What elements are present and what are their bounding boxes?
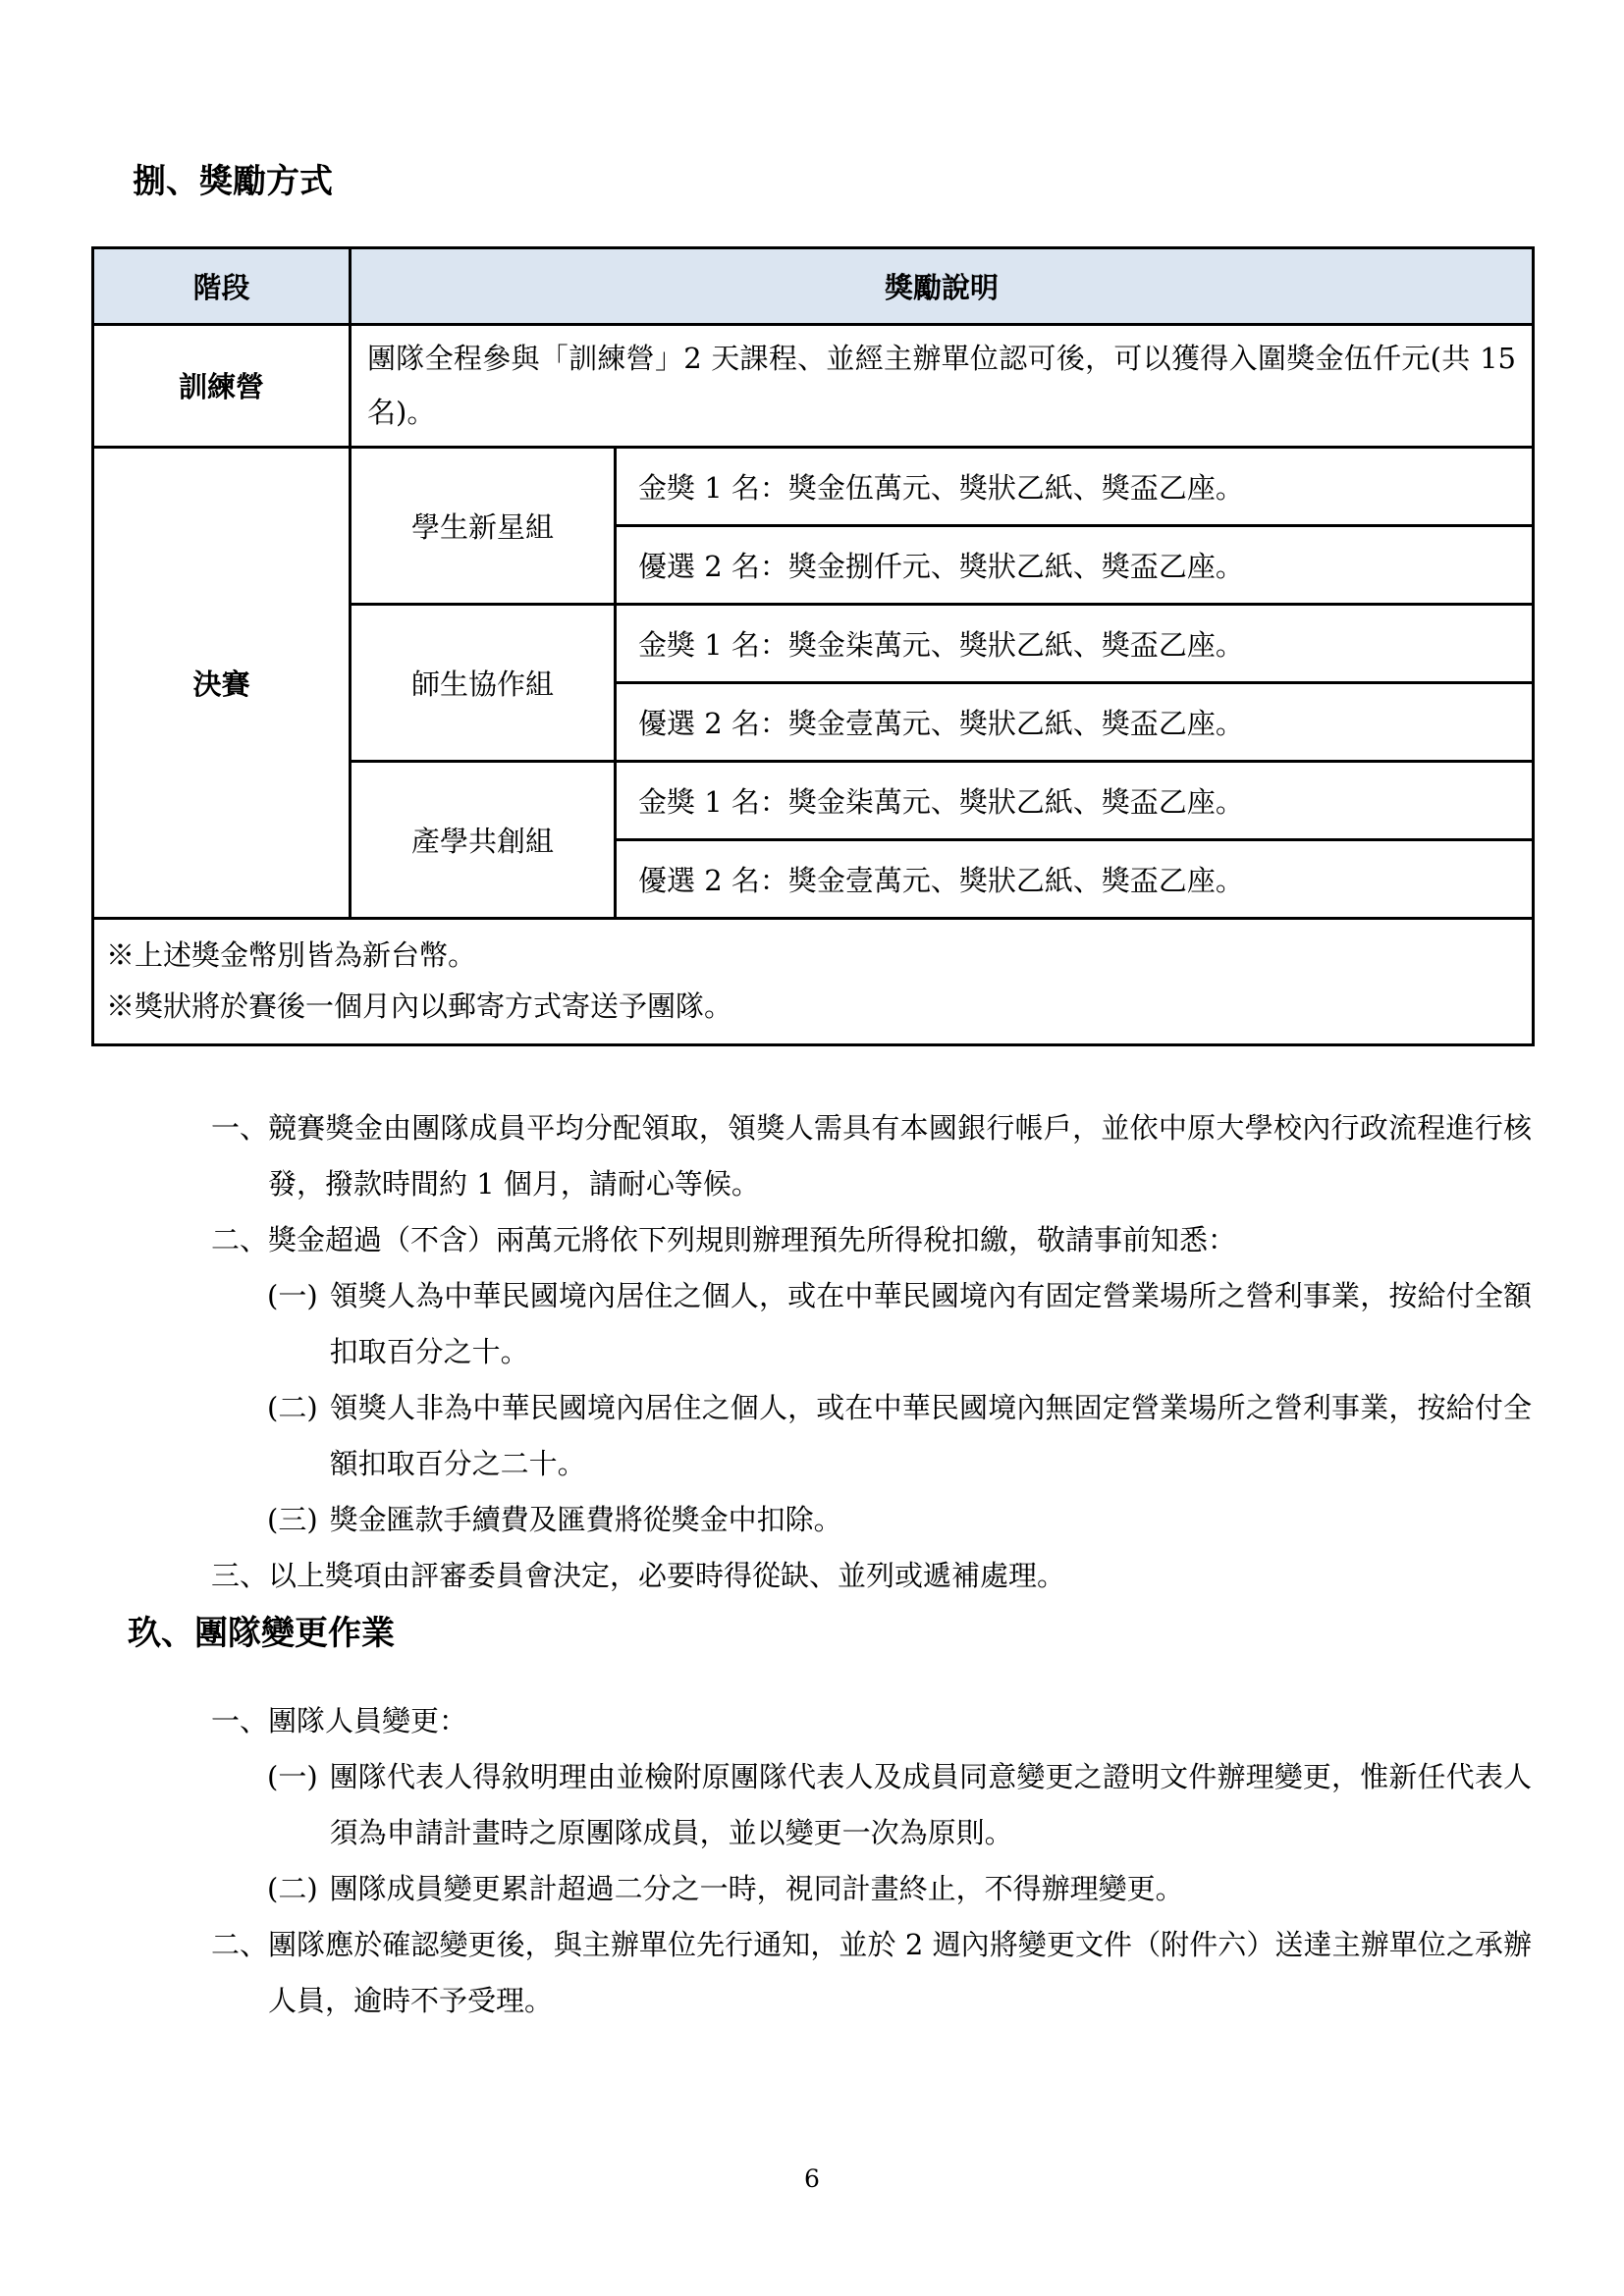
list-item-text: 領獎人非為中華民國境內居住之個人，或在中華民國境內無固定營業場所之營利事業，按給… — [330, 1380, 1532, 1492]
list-item: (一) 領獎人為中華民國境內居住之個人，或在中華民國境內有固定營業場所之營利事業… — [91, 1268, 1532, 1380]
col-header-description: 獎勵說明 — [351, 247, 1534, 324]
section-8-rules-list: 一、 競賽獎金由團隊成員平均分配領取，領獎人需具有本國銀行帳戶，並依中原大學校內… — [91, 1100, 1532, 1604]
list-item-text: 團隊人員變更： — [268, 1693, 1532, 1749]
table-notes-cell: ※上述獎金幣別皆為新台幣。 ※獎狀將於賽後一個月內以郵寄方式寄送予團隊。 — [93, 918, 1534, 1044]
list-item: 一、 競賽獎金由團隊成員平均分配領取，領獎人需具有本國銀行帳戶，並依中原大學校內… — [91, 1100, 1532, 1212]
award-gold-industry: 金獎 1 名：獎金柒萬元、獎狀乙紙、獎盃乙座。 — [616, 761, 1534, 839]
list-item: (二) 團隊成員變更累計超過二分之一時，視同計畫終止，不得辦理變更。 — [91, 1861, 1532, 1917]
training-camp-description: 團隊全程參與「訓練營」2 天課程、並經主辦單位認可後，可以獲得入圍獎金伍仟元(共… — [351, 324, 1534, 447]
list-item-text: 競賽獎金由團隊成員平均分配領取，領獎人需具有本國銀行帳戶，並依中原大學校內行政流… — [268, 1100, 1532, 1212]
list-item: 二、 獎金超過（不含）兩萬元將依下列規則辦理預先所得稅扣繳，敬請事前知悉： — [91, 1212, 1532, 1268]
list-item: (三) 獎金匯款手續費及匯費將從獎金中扣除。 — [91, 1492, 1532, 1548]
list-item-text: 獎金超過（不含）兩萬元將依下列規則辦理預先所得稅扣繳，敬請事前知悉： — [268, 1212, 1532, 1268]
list-marker: 二、 — [211, 1212, 268, 1268]
list-item-text: 領獎人為中華民國境內居住之個人，或在中華民國境內有固定營業場所之營利事業，按給付… — [330, 1268, 1532, 1380]
list-item: 一、 團隊人員變更： — [91, 1693, 1532, 1749]
table-header-row: 階段 獎勵說明 — [93, 247, 1534, 324]
table-row-training-camp: 訓練營 團隊全程參與「訓練營」2 天課程、並經主辦單位認可後，可以獲得入圍獎金伍… — [93, 324, 1534, 447]
list-marker: (一) — [267, 1749, 318, 1861]
table-row-award: 決賽 學生新星組 金獎 1 名：獎金伍萬元、獎狀乙紙、獎盃乙座。 — [93, 447, 1534, 525]
section-9-title: 玖、團隊變更作業 — [128, 1614, 1624, 1654]
list-item: 三、 以上獎項由評審委員會決定，必要時得從缺、並列或遞補處理。 — [91, 1548, 1532, 1604]
list-item-text: 團隊代表人得敘明理由並檢附原團隊代表人及成員同意變更之證明文件辦理變更，惟新任代… — [330, 1749, 1532, 1861]
group-teacher-student: 師生協作組 — [351, 604, 616, 761]
list-item: (二) 領獎人非為中華民國境內居住之個人，或在中華民國境內無固定營業場所之營利事… — [91, 1380, 1532, 1492]
list-marker: 三、 — [211, 1548, 268, 1604]
list-marker: 一、 — [211, 1100, 268, 1212]
table-notes-row: ※上述獎金幣別皆為新台幣。 ※獎狀將於賽後一個月內以郵寄方式寄送予團隊。 — [93, 918, 1534, 1044]
award-gold-teacher-student: 金獎 1 名：獎金柒萬元、獎狀乙紙、獎盃乙座。 — [616, 604, 1534, 682]
list-marker: 二、 — [211, 1917, 268, 2029]
award-table: 階段 獎勵說明 訓練營 團隊全程參與「訓練營」2 天課程、並經主辦單位認可後，可… — [91, 246, 1535, 1046]
list-marker: (三) — [267, 1492, 318, 1548]
list-marker: (二) — [267, 1380, 318, 1492]
list-item-text: 獎金匯款手續費及匯費將從獎金中扣除。 — [330, 1492, 1532, 1548]
col-header-stage: 階段 — [93, 247, 351, 324]
page-number: 6 — [0, 2164, 1624, 2193]
note-currency: ※上述獎金幣別皆為新台幣。 — [106, 930, 1522, 981]
list-item-text: 團隊應於確認變更後，與主辦單位先行通知，並於 2 週內將變更文件（附件六）送達主… — [268, 1917, 1532, 2029]
document-page: 捌、獎勵方式 階段 獎勵說明 訓練營 團隊全程參與「訓練營」2 天課程、並經主辦… — [0, 0, 1624, 2296]
stage-final: 決賽 — [93, 447, 351, 918]
award-merit-industry: 優選 2 名：獎金壹萬元、獎狀乙紙、獎盃乙座。 — [616, 839, 1534, 918]
stage-training-camp: 訓練營 — [93, 324, 351, 447]
list-marker: (一) — [267, 1268, 318, 1380]
list-item: 二、 團隊應於確認變更後，與主辦單位先行通知，並於 2 週內將變更文件（附件六）… — [91, 1917, 1532, 2029]
list-item: (一) 團隊代表人得敘明理由並檢附原團隊代表人及成員同意變更之證明文件辦理變更，… — [91, 1749, 1532, 1861]
list-item-text: 以上獎項由評審委員會決定，必要時得從缺、並列或遞補處理。 — [268, 1548, 1532, 1604]
award-gold-student: 金獎 1 名：獎金伍萬元、獎狀乙紙、獎盃乙座。 — [616, 447, 1534, 525]
group-student-rookie: 學生新星組 — [351, 447, 616, 604]
list-marker: (二) — [267, 1861, 318, 1917]
list-marker: 一、 — [211, 1693, 268, 1749]
award-merit-teacher-student: 優選 2 名：獎金壹萬元、獎狀乙紙、獎盃乙座。 — [616, 682, 1534, 761]
section-8-title: 捌、獎勵方式 — [133, 162, 1624, 202]
list-item-text: 團隊成員變更累計超過二分之一時，視同計畫終止，不得辦理變更。 — [330, 1861, 1532, 1917]
section-9-rules-list: 一、 團隊人員變更： (一) 團隊代表人得敘明理由並檢附原團隊代表人及成員同意變… — [91, 1693, 1532, 2029]
note-certificate-mailing: ※獎狀將於賽後一個月內以郵寄方式寄送予團隊。 — [106, 981, 1522, 1032]
group-industry-academia: 產學共創組 — [351, 761, 616, 918]
award-merit-student: 優選 2 名：獎金捌仟元、獎狀乙紙、獎盃乙座。 — [616, 525, 1534, 604]
